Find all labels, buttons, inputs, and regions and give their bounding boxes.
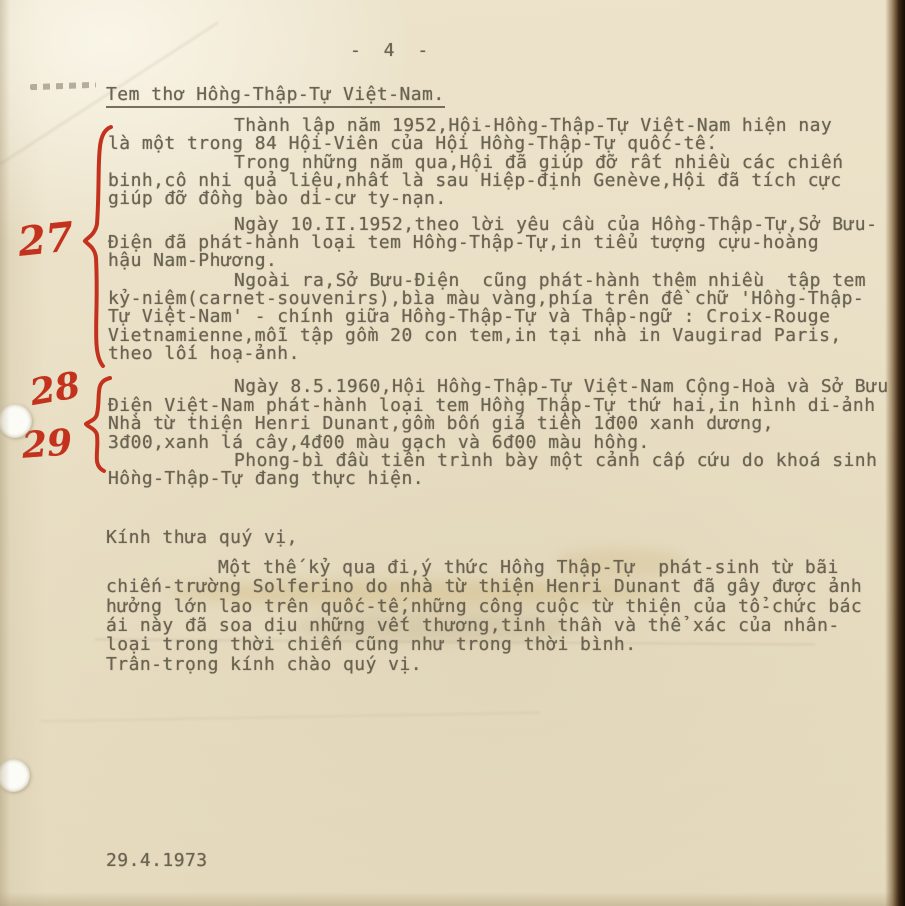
paper-crease [40, 712, 540, 722]
salutation: Kính thưa quý vị, [106, 529, 298, 547]
scan-edge [0, 0, 10, 906]
paragraph: Trong những năm qua,Hội đã giúp đỡ rất n… [108, 154, 888, 209]
text-line: hưởng lớn lao trên quốc-tế,những công cu… [106, 596, 862, 617]
document-title: Tem thơ Hồng-Thập-Tự Việt-Nam. [106, 86, 445, 108]
paragraph: Thành lập năm 1952,Hội-Hồng-Thập-Tự Việt… [108, 117, 888, 154]
text-line: Hồng-Thập-Tự đang thực hiện. [108, 470, 888, 488]
scan-edge [885, 0, 905, 906]
scanned-document-page: - 4 - Tem thơ Hồng-Thập-Tự Việt-Nam. Thà… [0, 0, 905, 906]
paragraph: Ngoài ra,Sở Bưu-Điện cũng phát-hành thêm… [108, 272, 888, 364]
scan-edge [0, 892, 905, 906]
text-line: loại trong thời chiến cũng như trong thờ… [106, 634, 637, 655]
paragraph: Phong-bì đầu tiên trình bày một cảnh cấp… [108, 452, 888, 489]
text-line: là một trong 84 Hội-Viên của Hội Hồng-Th… [108, 135, 888, 153]
paragraph: Ngày 8.5.1960,Hội Hồng-Thập-Tự Việt-Nam … [108, 378, 888, 451]
text-line: ái này đã soa dịu những vết thương,tinh … [106, 615, 840, 636]
text-line: theo lối hoạ-ảnh. [108, 345, 888, 363]
paragraph: Ngày 10.II.1952,theo lời yêu cầu của Hồn… [108, 216, 888, 271]
closing-paragraph: Một thế kỷ qua đi,ý thức Hồng Thập-Tự ph… [106, 558, 896, 655]
red-brace-icon [84, 376, 114, 476]
document-body: Thành lập năm 1952,Hội-Hồng-Thập-Tự Việt… [108, 117, 888, 489]
text-line: Một thế kỷ qua đi,ý thức Hồng Thập-Tự ph… [106, 557, 839, 578]
text-line: giúp đỡ đồng bào di-cư ty-nạn. [108, 190, 888, 208]
text-line: Nhà từ thiện Henri Dunant,gồm bốn giá ti… [108, 415, 888, 433]
margin-annotation-27: 27 [16, 213, 76, 266]
red-brace-icon [82, 124, 116, 370]
text-line: hậu Nam-Phương. [108, 252, 888, 270]
document-date: 29.4.1973 [106, 852, 208, 870]
pencil-smudge [30, 82, 96, 90]
text-line: chiến-trường Solferino do nhà từ thiện H… [106, 576, 862, 597]
sign-off: Trân-trọng kính chào quý vị. [106, 656, 422, 674]
page-number: - 4 - [350, 42, 434, 60]
margin-annotation-28: 28 [27, 364, 84, 414]
